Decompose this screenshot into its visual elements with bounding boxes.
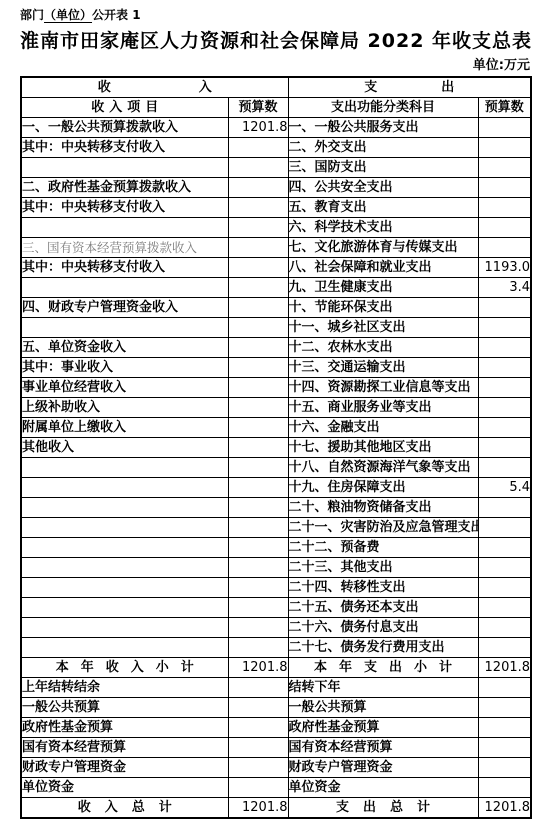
income-item-cell-text: 上级补助收入 xyxy=(22,400,100,415)
expense-item-cell-text: 二十四、转移性支出 xyxy=(289,580,406,595)
table-row: 三、国有资本经营预算拨款收入七、文化旅游体育与传媒支出 xyxy=(21,238,531,258)
income-item-cell-text: 事业单位经营收入 xyxy=(22,380,126,395)
expense-item-cell: 六、科学技术支出 xyxy=(288,218,478,238)
income-value-cell-text: 1201.8 xyxy=(242,660,288,675)
income-item-cell xyxy=(21,618,228,638)
table-row: 附属单位上缴收入十六、金融支出 xyxy=(21,418,531,438)
expense-value-cell xyxy=(478,498,531,518)
expense-item-cell-text: 二十七、债务发行费用支出 xyxy=(289,640,445,655)
expense-item-cell: 二十三、其他支出 xyxy=(288,558,478,578)
income-value-cell xyxy=(228,378,288,398)
expense-item-cell-text: 十八、自然资源海洋气象等支出 xyxy=(289,460,471,475)
expense-value-cell xyxy=(478,698,531,718)
expense-value-cell xyxy=(478,778,531,798)
income-item-cell xyxy=(21,218,228,238)
income-value-cell xyxy=(228,218,288,238)
income-value-cell xyxy=(228,538,288,558)
table-row: 二十二、预备费 xyxy=(21,538,531,558)
expense-value-cell xyxy=(478,118,531,138)
table-row: 上级补助收入十五、商业服务业等支出 xyxy=(21,398,531,418)
expense-value-cell xyxy=(478,638,531,658)
expense-item-cell-text: 二十一、灾害防治及应急管理支出 xyxy=(289,520,479,535)
expense-item-cell: 二十四、转移性支出 xyxy=(288,578,478,598)
income-item-cell: 其中：中央转移支付收入 xyxy=(21,138,228,158)
expense-value-cell xyxy=(478,438,531,458)
expense-item-cell: 二十二、预备费 xyxy=(288,538,478,558)
expense-value-cell xyxy=(478,758,531,778)
income-item-cell-text: 单位资金 xyxy=(22,780,74,795)
expense-value-cell xyxy=(478,458,531,478)
expense-item-cell: 十一、城乡社区支出 xyxy=(288,318,478,338)
expense-value-cell xyxy=(478,178,531,198)
income-item-cell-text: 政府性基金预算 xyxy=(22,720,113,735)
table-row: 二、政府性基金预算拨款收入四、公共安全支出 xyxy=(21,178,531,198)
expense-item-cell-text: 九、卫生健康支出 xyxy=(289,280,393,295)
page-title: 淮南市田家庵区人力资源和社会保障局 2022 年收支总表 xyxy=(0,26,552,53)
table-row: 二十一、灾害防治及应急管理支出 xyxy=(21,518,531,538)
expense-item-cell: 十七、援助其他地区支出 xyxy=(288,438,478,458)
expense-value-cell xyxy=(478,338,531,358)
income-item-cell: 政府性基金预算 xyxy=(21,718,228,738)
income-section-header: 收入 xyxy=(21,77,288,98)
table-row: 收入总计1201.8支出总计1201.8 xyxy=(21,798,531,819)
table-row: 二十四、转移性支出 xyxy=(21,578,531,598)
income-value-cell xyxy=(228,198,288,218)
expense-value-cell: 5.4 xyxy=(478,478,531,498)
income-value-cell: 1201.8 xyxy=(228,658,288,678)
income-item-cell: 本年收入小计 xyxy=(21,658,228,678)
expense-item-cell: 十八、自然资源海洋气象等支出 xyxy=(288,458,478,478)
income-item-cell xyxy=(21,598,228,618)
expense-item-cell: 三、国防支出 xyxy=(288,158,478,178)
expense-value-cell xyxy=(478,618,531,638)
income-value-cell xyxy=(228,498,288,518)
income-value-cell xyxy=(228,738,288,758)
income-value-cell xyxy=(228,138,288,158)
expense-item-cell-text: 十四、资源勘探工业信息等支出 xyxy=(289,380,471,395)
income-value-cell xyxy=(228,558,288,578)
income-value-cell: 1201.8 xyxy=(228,798,288,819)
income-value-cell xyxy=(228,158,288,178)
table-row: 十九、住房保障支出5.4 xyxy=(21,478,531,498)
expense-item-cell-text: 八、社会保障和就业支出 xyxy=(289,260,432,275)
expense-value-cell: 1201.8 xyxy=(478,798,531,819)
expense-item-cell: 七、文化旅游体育与传媒支出 xyxy=(288,238,478,258)
income-item-cell: 事业单位经营收入 xyxy=(21,378,228,398)
income-item-cell: 单位资金 xyxy=(21,778,228,798)
expense-item-cell: 十五、商业服务业等支出 xyxy=(288,398,478,418)
income-value-cell xyxy=(228,638,288,658)
expense-item-cell: 单位资金 xyxy=(288,778,478,798)
expense-item-cell: 二、外交支出 xyxy=(288,138,478,158)
income-item-cell-text: 附属单位上缴收入 xyxy=(22,420,126,435)
income-item-cell-text: 其中：中央转移支付收入 xyxy=(22,200,165,215)
table-row: 六、科学技术支出 xyxy=(21,218,531,238)
expense-value-cell: 3.4 xyxy=(478,278,531,298)
expense-item-cell-text: 五、教育支出 xyxy=(289,200,367,215)
income-item-cell: 五、单位资金收入 xyxy=(21,338,228,358)
table-row: 二十五、债务还本支出 xyxy=(21,598,531,618)
expense-item-cell: 十、节能环保支出 xyxy=(288,298,478,318)
expense-item-cell: 二十七、债务发行费用支出 xyxy=(288,638,478,658)
expense-item-cell: 九、卫生健康支出 xyxy=(288,278,478,298)
table-row: 二十七、债务发行费用支出 xyxy=(21,638,531,658)
income-item-cell xyxy=(21,318,228,338)
expense-value-cell xyxy=(478,298,531,318)
expense-item-cell-text: 二十六、债务付息支出 xyxy=(289,620,419,635)
income-item-cell: 收入总计 xyxy=(21,798,228,819)
expense-budget-column-header: 预算数 xyxy=(478,98,531,118)
expense-item-cell: 八、社会保障和就业支出 xyxy=(288,258,478,278)
expense-item-cell: 二十、粮油物资储备支出 xyxy=(288,498,478,518)
expense-item-cell: 十四、资源勘探工业信息等支出 xyxy=(288,378,478,398)
income-item-cell: 其他收入 xyxy=(21,438,228,458)
income-value-cell-text: 1201.8 xyxy=(242,120,288,135)
table-row: 事业单位经营收入十四、资源勘探工业信息等支出 xyxy=(21,378,531,398)
expense-value-cell xyxy=(478,318,531,338)
expense-item-cell: 支出总计 xyxy=(288,798,478,819)
expense-item-cell-text: 二、外交支出 xyxy=(289,140,367,155)
expense-item-cell-text: 七、文化旅游体育与传媒支出 xyxy=(289,240,458,255)
income-item-cell: 附属单位上缴收入 xyxy=(21,418,228,438)
expense-item-cell-text: 二十、粮油物资储备支出 xyxy=(289,500,432,515)
expense-item-cell-text: 国有资本经营预算 xyxy=(289,740,393,755)
income-item-cell: 四、财政专户管理资金收入 xyxy=(21,298,228,318)
table-row: 本年收入小计1201.8本年支出小计1201.8 xyxy=(21,658,531,678)
table-row: 上年结转结余结转下年 xyxy=(21,678,531,698)
expense-value-cell xyxy=(478,418,531,438)
table-row: 十一、城乡社区支出 xyxy=(21,318,531,338)
expense-item-cell: 十三、交通运输支出 xyxy=(288,358,478,378)
expense-item-cell-text: 四、公共安全支出 xyxy=(289,180,393,195)
expense-item-cell-text: 一般公共预算 xyxy=(289,700,367,715)
expense-item-cell-text: 十一、城乡社区支出 xyxy=(289,320,406,335)
expense-item-cell: 十六、金融支出 xyxy=(288,418,478,438)
income-item-cell: 上年结转结余 xyxy=(21,678,228,698)
income-item-cell xyxy=(21,578,228,598)
expense-value-cell xyxy=(478,678,531,698)
expense-item-cell: 十九、住房保障支出 xyxy=(288,478,478,498)
expense-item-cell-text: 十二、农林水支出 xyxy=(289,340,393,355)
income-value-cell xyxy=(228,178,288,198)
income-item-cell: 其中：中央转移支付收入 xyxy=(21,198,228,218)
budget-summary-table: 收入 支出 收入项目 预算数 支出功能分类科目 预算数 一、一般公共预算拨款收入… xyxy=(20,76,532,819)
expense-value-cell xyxy=(478,538,531,558)
expense-item-cell-text: 一、一般公共服务支出 xyxy=(289,120,419,135)
top-form-label-unit: （单位） xyxy=(44,8,92,22)
income-item-cell: 国有资本经营预算 xyxy=(21,738,228,758)
expense-item-cell: 本年支出小计 xyxy=(288,658,478,678)
income-value-cell xyxy=(228,598,288,618)
income-value-cell xyxy=(228,318,288,338)
income-value-cell xyxy=(228,278,288,298)
income-value-cell xyxy=(228,398,288,418)
income-item-cell-text: 上年结转结余 xyxy=(22,680,100,695)
table-row: 其中：事业收入十三、交通运输支出 xyxy=(21,358,531,378)
income-value-cell xyxy=(228,778,288,798)
income-item-cell-text: 本年收入小计 xyxy=(56,660,206,675)
income-item-cell-text: 五、单位资金收入 xyxy=(22,340,126,355)
expense-item-cell-text: 单位资金 xyxy=(289,780,341,795)
expense-value-cell xyxy=(478,518,531,538)
income-item-cell-text: 一、一般公共预算拨款收入 xyxy=(22,120,178,135)
income-value-cell xyxy=(228,678,288,698)
expense-item-cell: 二十六、债务付息支出 xyxy=(288,618,478,638)
income-item-cell: 其中：事业收入 xyxy=(21,358,228,378)
income-item-column-header: 收入项目 xyxy=(21,98,228,118)
table-row: 其中：中央转移支付收入八、社会保障和就业支出1193.0 xyxy=(21,258,531,278)
table-header: 收入 支出 收入项目 预算数 支出功能分类科目 预算数 xyxy=(21,77,531,118)
income-item-cell-text: 收入总计 xyxy=(78,800,186,815)
expense-item-cell: 结转下年 xyxy=(288,678,478,698)
income-item-cell: 上级补助收入 xyxy=(21,398,228,418)
expense-item-column-header: 支出功能分类科目 xyxy=(288,98,478,118)
table-row: 单位资金单位资金 xyxy=(21,778,531,798)
income-value-cell xyxy=(228,338,288,358)
table-row: 二十六、债务付息支出 xyxy=(21,618,531,638)
expense-value-cell-text: 1201.8 xyxy=(485,660,531,675)
expense-value-cell xyxy=(478,198,531,218)
expense-item-cell: 十二、农林水支出 xyxy=(288,338,478,358)
expense-item-cell-text: 十六、金融支出 xyxy=(289,420,380,435)
income-item-cell xyxy=(21,538,228,558)
income-value-cell xyxy=(228,458,288,478)
income-budget-column-header: 预算数 xyxy=(228,98,288,118)
expense-item-cell-text: 十七、援助其他地区支出 xyxy=(289,440,432,455)
income-item-cell-text: 其中：中央转移支付收入 xyxy=(22,260,165,275)
expense-value-cell xyxy=(478,578,531,598)
expense-value-cell-text: 3.4 xyxy=(509,280,530,295)
expense-value-cell-text: 1193.0 xyxy=(485,260,531,275)
income-value-cell xyxy=(228,758,288,778)
income-item-cell xyxy=(21,558,228,578)
table-row: 政府性基金预算政府性基金预算 xyxy=(21,718,531,738)
expense-item-cell-text: 财政专户管理资金 xyxy=(289,760,393,775)
income-value-cell xyxy=(228,478,288,498)
expense-value-cell xyxy=(478,738,531,758)
income-item-cell-text: 四、财政专户管理资金收入 xyxy=(22,300,178,315)
income-value-cell-text: 1201.8 xyxy=(242,800,288,815)
income-item-cell-text: 其中：中央转移支付收入 xyxy=(22,140,165,155)
income-value-cell xyxy=(228,618,288,638)
table-body: 一、一般公共预算拨款收入1201.8一、一般公共服务支出其中：中央转移支付收入二… xyxy=(21,118,531,819)
income-item-cell-text: 国有资本经营预算 xyxy=(22,740,126,755)
expense-value-cell xyxy=(478,238,531,258)
table-row: 其中：中央转移支付收入二、外交支出 xyxy=(21,138,531,158)
expense-item-cell-text: 三、国防支出 xyxy=(289,160,367,175)
table-row: 五、单位资金收入十二、农林水支出 xyxy=(21,338,531,358)
top-form-label-prefix: 部门 xyxy=(20,8,44,22)
table-row: 一、一般公共预算拨款收入1201.8一、一般公共服务支出 xyxy=(21,118,531,138)
expense-item-cell-text: 十五、商业服务业等支出 xyxy=(289,400,432,415)
table-row: 国有资本经营预算国有资本经营预算 xyxy=(21,738,531,758)
top-form-label: 部门（单位）公开表 1 xyxy=(20,6,141,23)
unit-note: 单位:万元 xyxy=(20,54,530,73)
table-row: 其中：中央转移支付收入五、教育支出 xyxy=(21,198,531,218)
expense-item-cell: 国有资本经营预算 xyxy=(288,738,478,758)
income-value-cell xyxy=(228,258,288,278)
income-value-cell xyxy=(228,298,288,318)
expense-value-cell: 1201.8 xyxy=(478,658,531,678)
income-item-cell-text: 财政专户管理资金 xyxy=(22,760,126,775)
expense-value-cell xyxy=(478,558,531,578)
expense-item-cell-text: 二十二、预备费 xyxy=(289,540,380,555)
expense-value-cell-text: 1201.8 xyxy=(485,800,531,815)
income-value-cell xyxy=(228,358,288,378)
income-item-cell: 一、一般公共预算拨款收入 xyxy=(21,118,228,138)
income-item-cell xyxy=(21,158,228,178)
income-item-cell: 其中：中央转移支付收入 xyxy=(21,258,228,278)
income-item-cell: 三、国有资本经营预算拨款收入 xyxy=(21,238,228,258)
income-item-cell xyxy=(21,458,228,478)
income-item-cell xyxy=(21,518,228,538)
table-row: 二十三、其他支出 xyxy=(21,558,531,578)
income-item-cell-text: 一般公共预算 xyxy=(22,700,100,715)
expense-value-cell xyxy=(478,718,531,738)
table-row: 四、财政专户管理资金收入十、节能环保支出 xyxy=(21,298,531,318)
income-item-cell-text: 二、政府性基金预算拨款收入 xyxy=(22,180,191,195)
expense-item-cell-text: 支出总计 xyxy=(336,800,444,815)
expense-item-cell-text: 政府性基金预算 xyxy=(289,720,380,735)
column-header-row: 收入项目 预算数 支出功能分类科目 预算数 xyxy=(21,98,531,118)
table-row: 九、卫生健康支出3.4 xyxy=(21,278,531,298)
income-item-column-header-text: 收入项目 xyxy=(91,100,163,115)
expense-item-cell-text: 二十三、其他支出 xyxy=(289,560,393,575)
expense-value-cell xyxy=(478,378,531,398)
table-row: 财政专户管理资金财政专户管理资金 xyxy=(21,758,531,778)
table-row: 一般公共预算一般公共预算 xyxy=(21,698,531,718)
expense-item-cell-text: 本年支出小计 xyxy=(314,660,464,675)
income-item-cell xyxy=(21,498,228,518)
expense-item-cell-text: 十九、住房保障支出 xyxy=(289,480,406,495)
expense-item-cell: 政府性基金预算 xyxy=(288,718,478,738)
income-value-cell xyxy=(228,438,288,458)
table-row: 二十、粮油物资储备支出 xyxy=(21,498,531,518)
expense-value-cell xyxy=(478,138,531,158)
expense-item-cell: 一般公共预算 xyxy=(288,698,478,718)
income-item-cell-text: 其中：事业收入 xyxy=(22,360,113,375)
income-item-cell-text: 其他收入 xyxy=(22,440,74,455)
expense-value-cell xyxy=(478,158,531,178)
expense-item-cell: 一、一般公共服务支出 xyxy=(288,118,478,138)
expense-value-cell xyxy=(478,358,531,378)
income-value-cell xyxy=(228,578,288,598)
expense-value-cell xyxy=(478,398,531,418)
income-value-cell: 1201.8 xyxy=(228,118,288,138)
expense-value-cell: 1193.0 xyxy=(478,258,531,278)
expense-item-cell: 五、教育支出 xyxy=(288,198,478,218)
income-value-cell xyxy=(228,518,288,538)
income-item-cell xyxy=(21,638,228,658)
expense-value-cell-text: 5.4 xyxy=(509,480,530,495)
income-item-cell: 二、政府性基金预算拨款收入 xyxy=(21,178,228,198)
income-value-cell xyxy=(228,718,288,738)
income-value-cell xyxy=(228,418,288,438)
expense-item-cell-text: 十三、交通运输支出 xyxy=(289,360,406,375)
income-item-cell: 财政专户管理资金 xyxy=(21,758,228,778)
table-row: 其他收入十七、援助其他地区支出 xyxy=(21,438,531,458)
expense-value-cell xyxy=(478,218,531,238)
expense-section-header-text: 支出 xyxy=(364,80,518,95)
income-value-cell xyxy=(228,238,288,258)
top-form-label-suffix: 公开表 1 xyxy=(92,8,141,22)
expense-section-header: 支出 xyxy=(288,77,531,98)
income-section-header-text: 收入 xyxy=(98,80,288,95)
expense-item-cell: 二十一、灾害防治及应急管理支出 xyxy=(288,518,478,538)
expense-item-cell-text: 二十五、债务还本支出 xyxy=(289,600,419,615)
expense-item-cell: 二十五、债务还本支出 xyxy=(288,598,478,618)
expense-item-cell: 四、公共安全支出 xyxy=(288,178,478,198)
expense-item-cell-text: 六、科学技术支出 xyxy=(289,220,393,235)
section-header-row: 收入 支出 xyxy=(21,77,531,98)
expense-item-cell: 财政专户管理资金 xyxy=(288,758,478,778)
expense-value-cell xyxy=(478,598,531,618)
income-item-cell-text: 三、国有资本经营预算拨款收入 xyxy=(22,240,197,255)
income-value-cell xyxy=(228,698,288,718)
expense-item-cell-text: 结转下年 xyxy=(289,680,341,695)
income-item-cell xyxy=(21,278,228,298)
table-row: 十八、自然资源海洋气象等支出 xyxy=(21,458,531,478)
expense-item-cell-text: 十、节能环保支出 xyxy=(289,300,393,315)
income-item-cell xyxy=(21,478,228,498)
income-item-cell: 一般公共预算 xyxy=(21,698,228,718)
table-row: 三、国防支出 xyxy=(21,158,531,178)
